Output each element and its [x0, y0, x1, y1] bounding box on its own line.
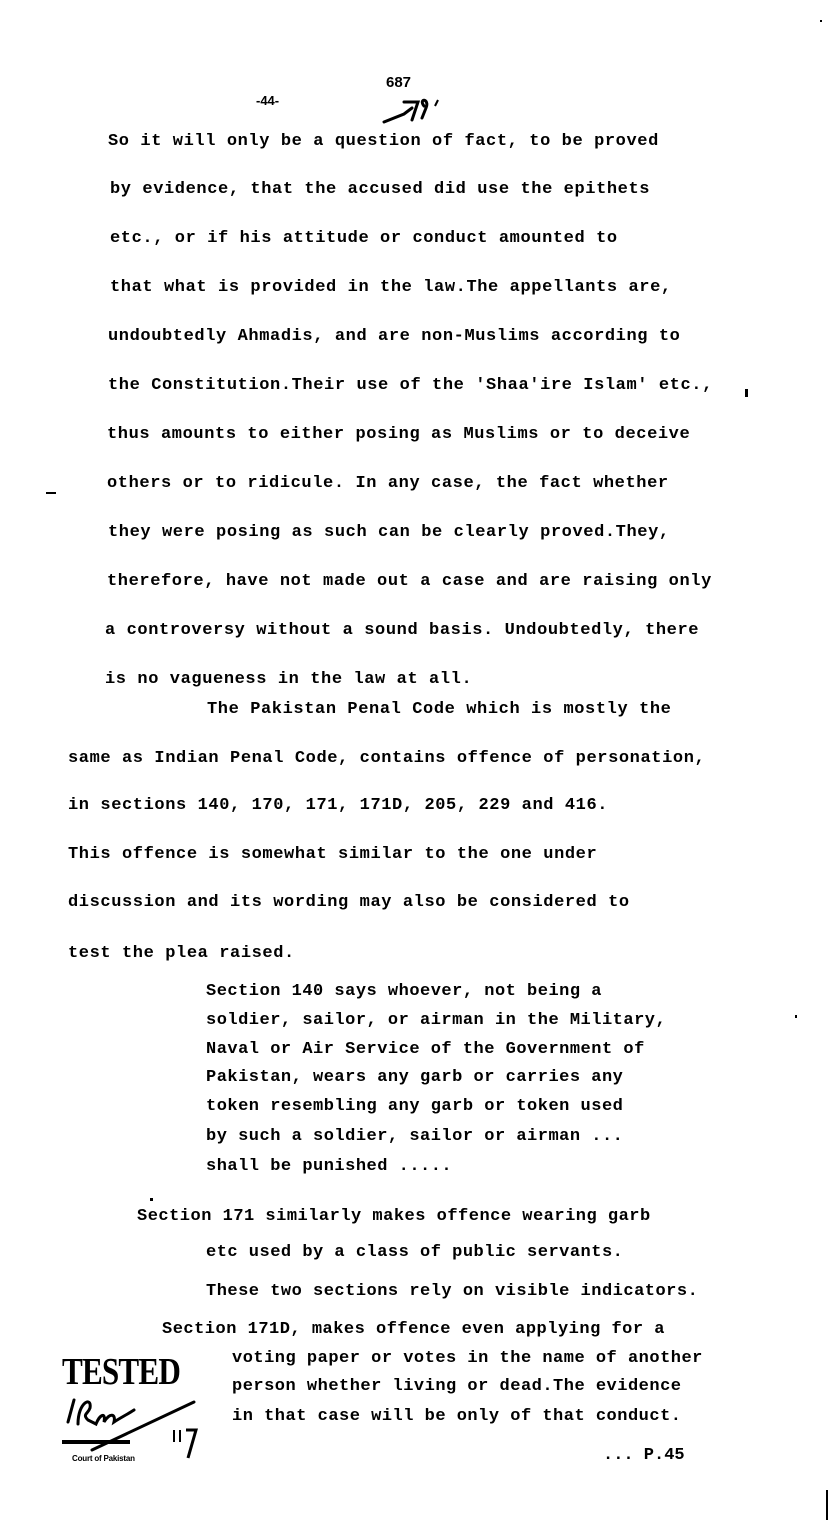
text-line: the Constitution.Their use of the 'Shaa'… — [108, 376, 713, 396]
stamped-page-number: 687 — [386, 74, 411, 91]
text-line: discussion and its wording may also be c… — [68, 893, 630, 913]
text-line: a controversy without a sound basis. Und… — [105, 621, 699, 641]
stamp-title: TESTED — [62, 1352, 180, 1392]
text-line: Pakistan, wears any garb or carries any — [206, 1068, 623, 1088]
scan-speck — [46, 492, 56, 494]
text-line: So it will only be a question of fact, t… — [108, 132, 659, 152]
text-line: others or to ridicule. In any case, the … — [107, 474, 669, 494]
text-line: by such a soldier, sailor or airman ... — [206, 1127, 623, 1147]
document-page: 687 -44- So it will only be a question o… — [0, 0, 840, 1540]
scan-speck — [826, 1490, 828, 1520]
text-line: soldier, sailor, or airman in the Milita… — [206, 1011, 666, 1031]
text-line: The Pakistan Penal Code which is mostly … — [207, 700, 671, 720]
text-line: therefore, have not made out a case and … — [107, 572, 712, 592]
scan-speck — [795, 1015, 797, 1018]
text-line: etc used by a class of public servants. — [206, 1243, 623, 1263]
typed-page-number: -44- — [256, 93, 279, 108]
text-line: that what is provided in the law.The app… — [110, 278, 672, 298]
handwritten-mark-icon — [382, 94, 452, 126]
text-line: by evidence, that the accused did use th… — [110, 180, 650, 200]
text-line: they were posing as such can be clearly … — [108, 523, 670, 543]
continuation-marker: ... P.45 — [603, 1446, 685, 1465]
stamp-caption: Court of Pakistan — [72, 1454, 135, 1463]
text-line: Section 171D, makes offence even applyin… — [162, 1320, 665, 1340]
text-line: thus amounts to either posing as Muslims… — [107, 425, 690, 445]
text-line: Section 140 says whoever, not being a — [206, 982, 602, 1002]
text-line: shall be punished ..... — [206, 1157, 452, 1177]
text-line: Section 171 similarly makes offence wear… — [137, 1207, 651, 1227]
text-line: in that case will be only of that conduc… — [232, 1407, 681, 1427]
text-line: etc., or if his attitude or conduct amou… — [110, 229, 618, 249]
text-line: person whether living or dead.The eviden… — [232, 1377, 681, 1397]
scan-speck — [820, 20, 822, 22]
text-line: voting paper or votes in the name of ano… — [232, 1349, 703, 1369]
text-line: in sections 140, 170, 171, 171D, 205, 22… — [68, 796, 608, 816]
text-line: These two sections rely on visible indic… — [206, 1282, 698, 1302]
text-line: This offence is somewhat similar to the … — [68, 845, 597, 865]
attested-stamp: TESTED Court of Pakistan — [62, 1352, 212, 1472]
text-line: Naval or Air Service of the Government o… — [206, 1040, 645, 1060]
text-line: same as Indian Penal Code, contains offe… — [68, 749, 705, 769]
text-line: token resembling any garb or token used — [206, 1097, 623, 1117]
text-line: undoubtedly Ahmadis, and are non-Muslims… — [108, 327, 681, 347]
scan-speck — [745, 389, 748, 397]
text-line: is no vagueness in the law at all. — [105, 670, 472, 690]
text-line: test the plea raised. — [68, 944, 295, 964]
scan-speck — [150, 1198, 153, 1201]
